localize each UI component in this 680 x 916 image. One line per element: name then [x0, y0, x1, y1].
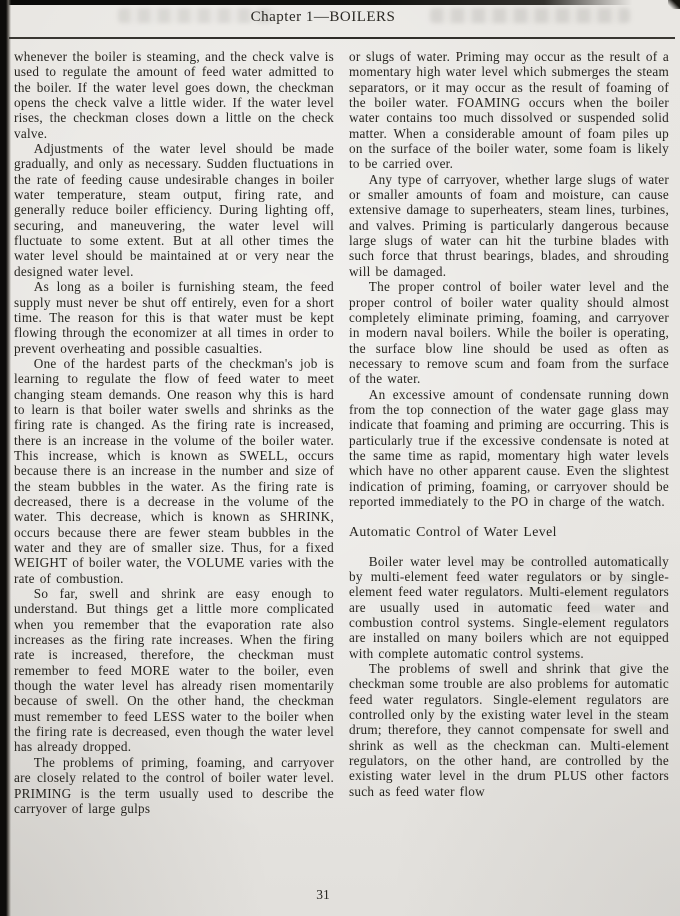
scan-edge-corner	[668, 0, 680, 9]
paragraph: So far, swell and shrink are easy enough…	[14, 586, 334, 755]
paragraph: The problems of priming, foaming, and ca…	[14, 755, 334, 816]
paragraph: As long as a boiler is furnishing steam,…	[14, 279, 334, 356]
paragraph: Any type of carryover, whether large slu…	[349, 172, 669, 279]
header-rule	[9, 37, 675, 39]
chapter-header: Chapter 1—BOILERS	[0, 9, 646, 26]
paragraph: Boiler water level may be controlled aut…	[349, 554, 669, 661]
paragraph: Adjustments of the water level should be…	[14, 141, 334, 279]
paragraph: The proper control of boiler water level…	[349, 279, 669, 386]
paragraph: One of the hardest parts of the checkman…	[14, 356, 334, 586]
paragraph: whenever the boiler is steaming, and the…	[14, 49, 334, 141]
page-number: 31	[0, 887, 646, 903]
right-column: or slugs of water. Priming may occur as …	[349, 49, 669, 816]
paragraph: An excessive amount of condensate runnin…	[349, 387, 669, 510]
section-heading: Automatic Control of Water Level	[349, 524, 669, 539]
paragraph: The problems of swell and shrink that gi…	[349, 661, 669, 799]
scan-edge-left	[0, 0, 11, 916]
left-column: whenever the boiler is steaming, and the…	[14, 49, 334, 816]
scan-edge-top	[0, 0, 680, 5]
text-columns: whenever the boiler is steaming, and the…	[14, 49, 669, 816]
paragraph: or slugs of water. Priming may occur as …	[349, 49, 669, 172]
